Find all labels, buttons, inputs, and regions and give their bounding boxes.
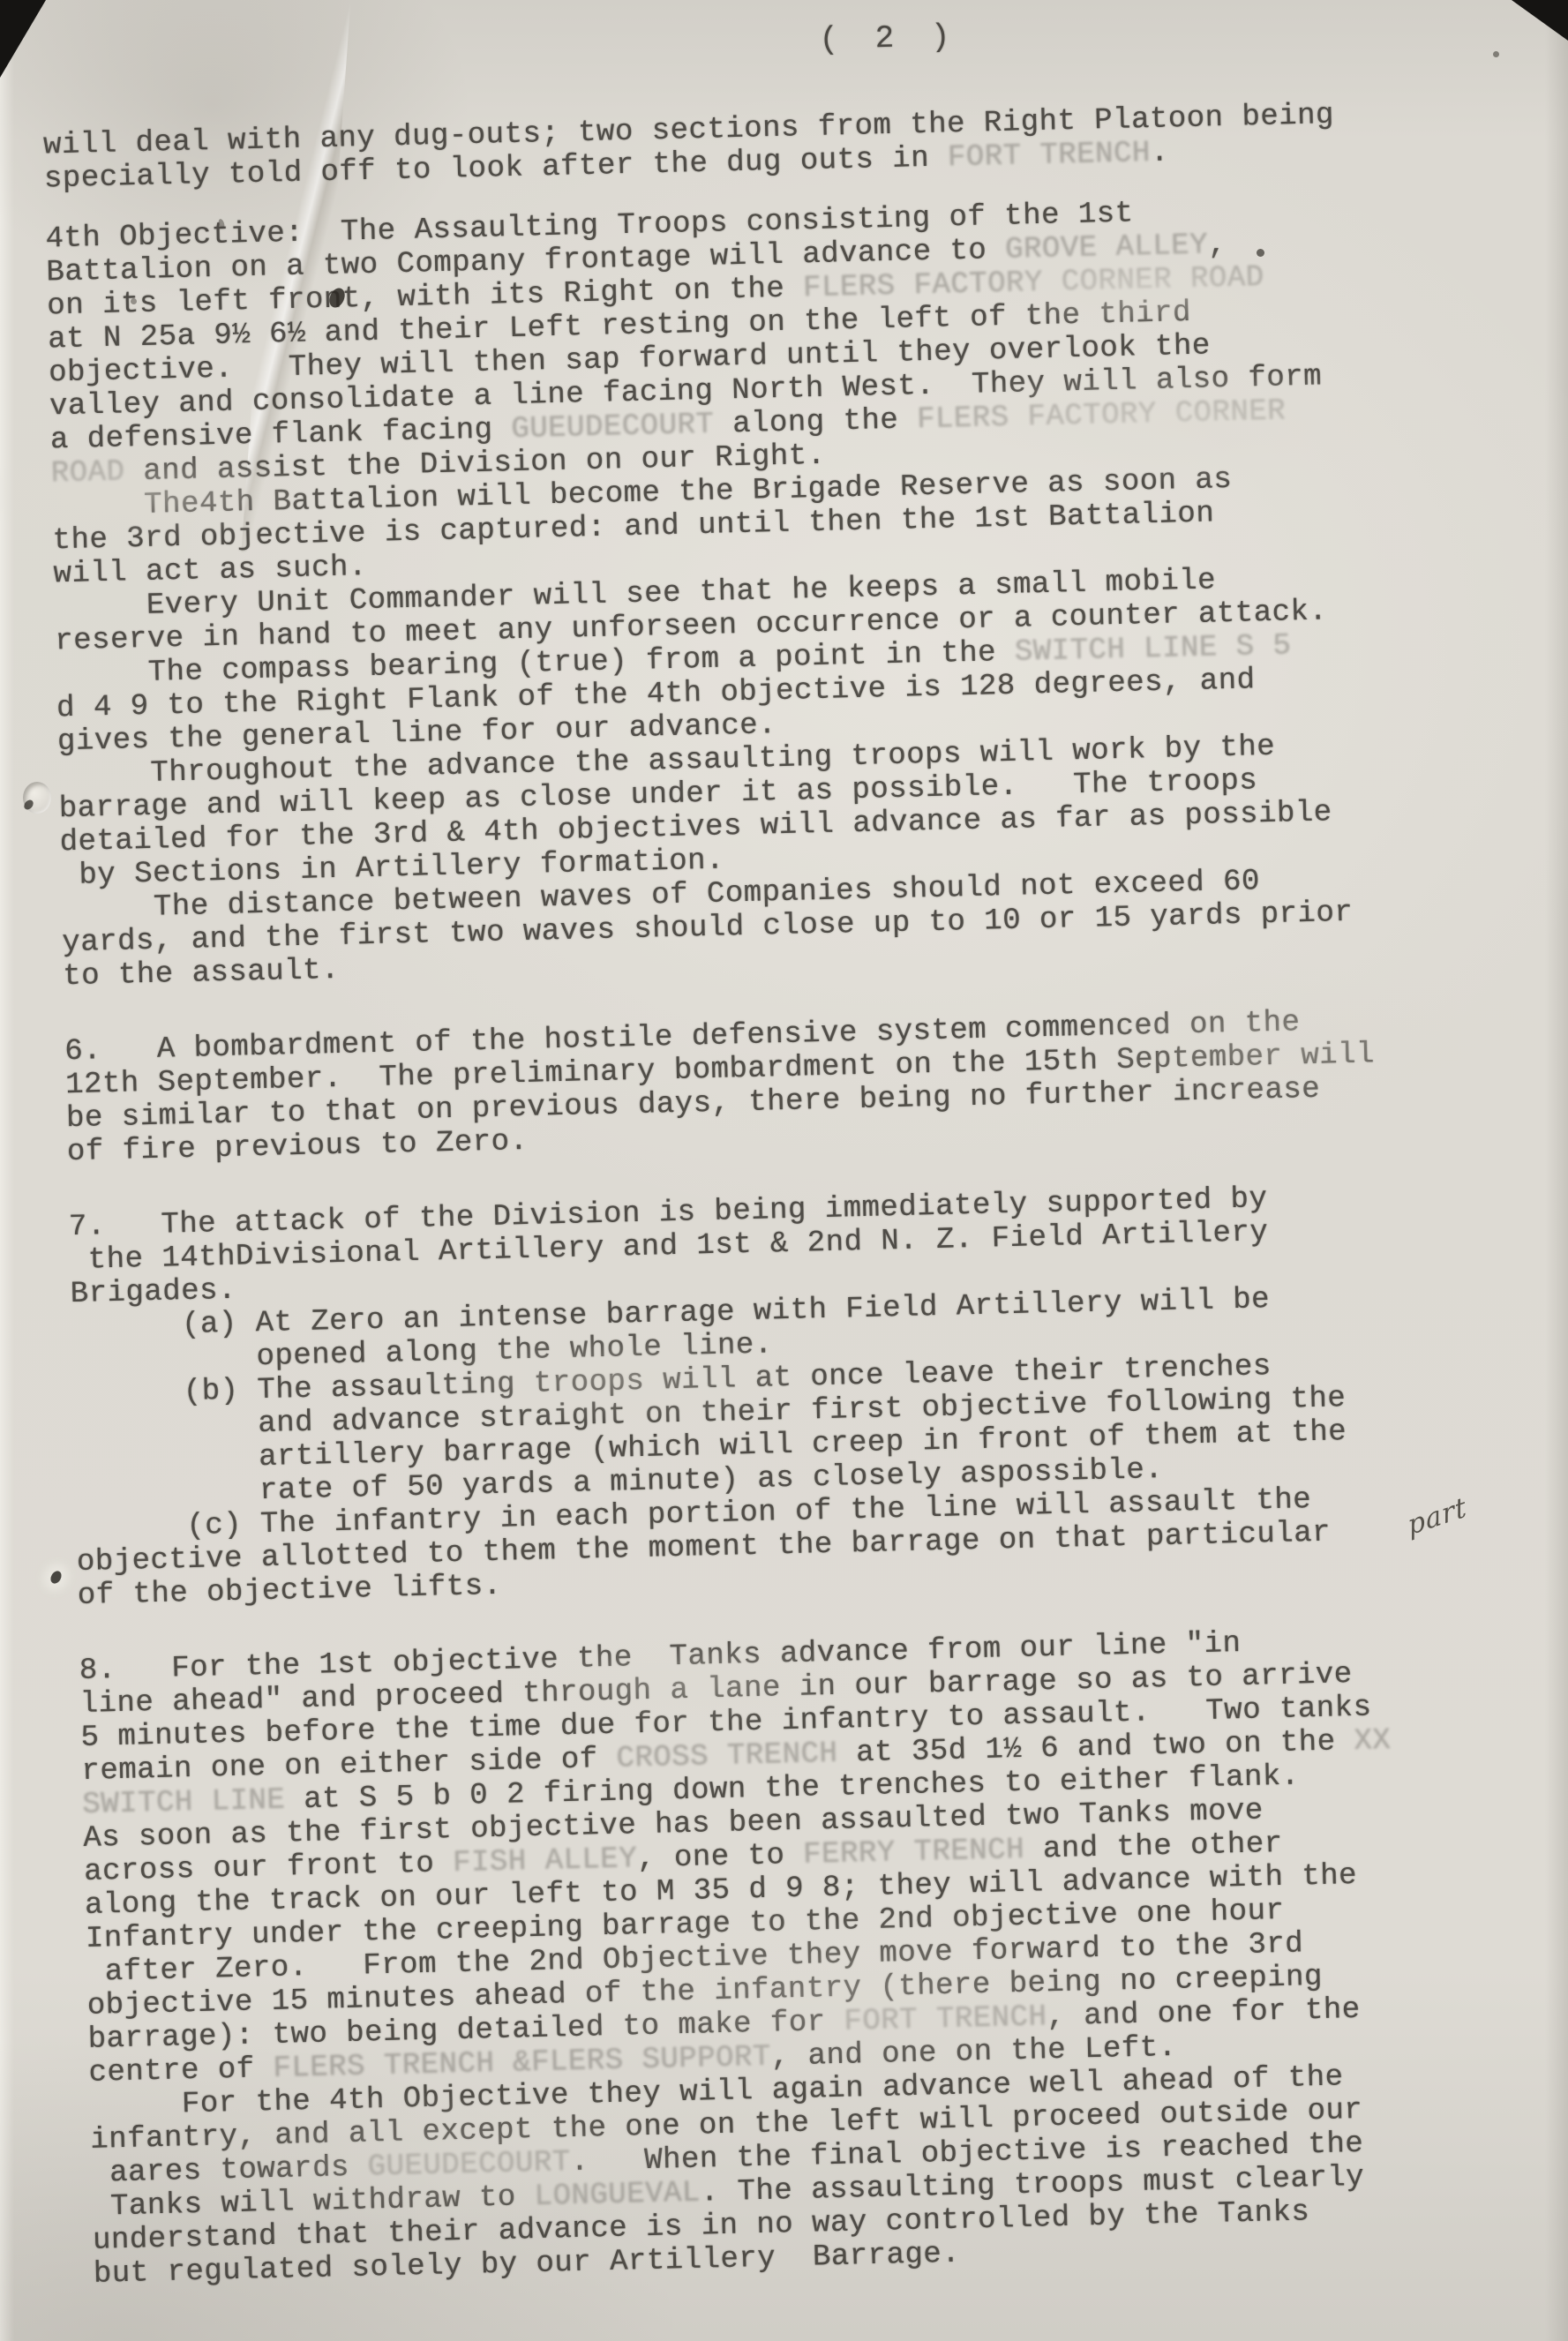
document-text: ( 2 ) will deal with any dug-outs; two s… [0, 0, 1568, 2292]
typed-text: along the [714, 403, 918, 441]
faded-text: LONGUEVAL [534, 2177, 701, 2214]
paragraph: 8. For the 1st objective the Tanks advan… [79, 1619, 1568, 2090]
faded-text: FORT TRENCH [947, 137, 1151, 175]
faded-text: FERRY TRENCH [803, 1834, 1025, 1872]
faded-text: FISH ALLEY [453, 1842, 638, 1880]
faded-text: GROVE ALLEY [1005, 229, 1209, 266]
ink-speck [131, 298, 137, 304]
faded-text: ROAD [50, 455, 124, 491]
punch-hole [23, 782, 51, 814]
faded-text: FORT TRENCH [844, 2000, 1047, 2038]
scanned-page: { "page": { "number_label": "( 2 )", "an… [0, 0, 1568, 2341]
typed-text: , one to [637, 1839, 804, 1876]
typed-text: , [1208, 229, 1227, 262]
paragraph: 4th Objective: The Assaulting Troops con… [45, 187, 1551, 491]
faded-text: XX [1354, 1724, 1392, 1759]
ink-speck [1257, 249, 1264, 257]
paragraph: For the 4th Objective they will again ad… [89, 2055, 1568, 2292]
paragraph: will deal with any dug-outs; two section… [43, 94, 1544, 196]
page-number: ( 2 ) [819, 2, 1542, 61]
page-corner-fold-right [1512, 0, 1568, 41]
faded-text: SWITCH LINE [82, 1784, 286, 1822]
page-corner-fold-left [0, 0, 46, 78]
document-body: will deal with any dug-outs; two section… [43, 94, 1568, 2291]
faded-text: CROSS TRENCH [616, 1737, 838, 1776]
typed-text: centre of [88, 2052, 274, 2090]
ink-speck [1493, 51, 1499, 57]
paragraph: 7. The attack of the Division is being i… [69, 1175, 1568, 1613]
faded-text: GUEUDECOURT [367, 2146, 571, 2184]
paragraph: 6. A bombardment of the hostile defensiv… [64, 1000, 1567, 1169]
typed-text: . [1150, 136, 1169, 169]
faded-text: GUEUDECOURT [511, 409, 715, 446]
